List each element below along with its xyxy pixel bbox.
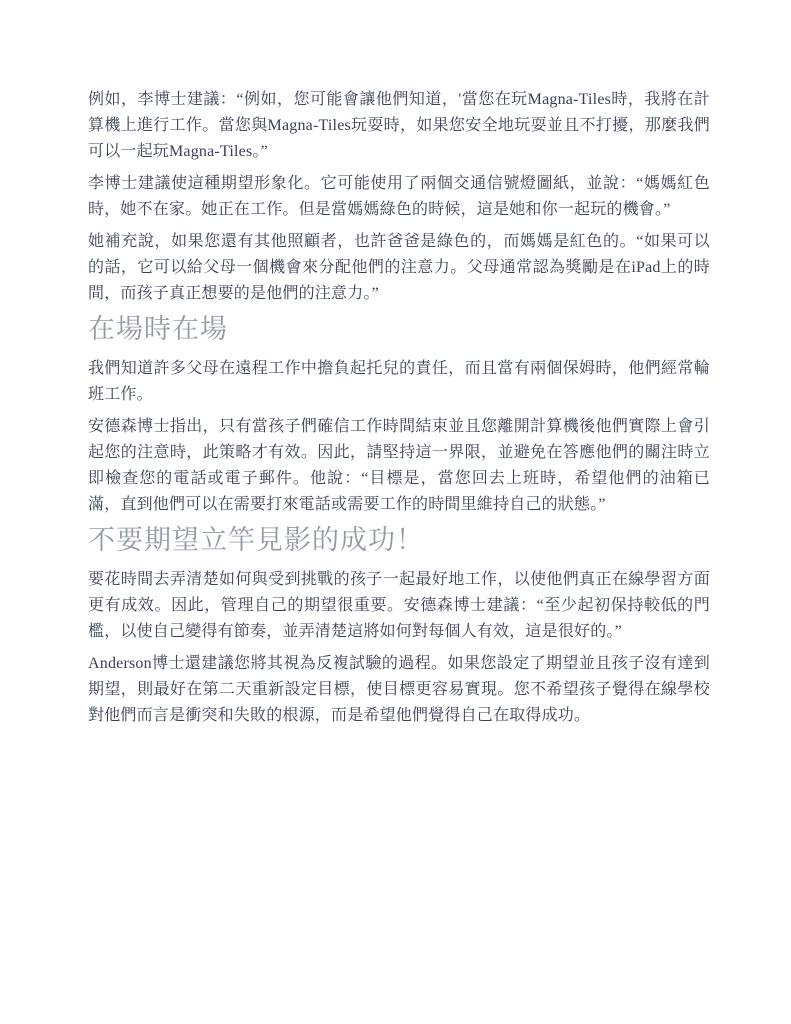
- section-heading-no-instant-success: 不要期望立竿見影的成功！: [88, 524, 710, 557]
- paragraph-traffic-light: 李博士建議使這種期望形象化。它可能使用了兩個交通信號燈圖紙，並說：“媽媽紅色時，…: [88, 171, 710, 223]
- paragraph-other-caregiver: 她補充說，如果您還有其他照顧者，也許爸爸是綠色的，而媽媽是紅色的。“如果可以的話…: [88, 229, 710, 307]
- section-heading-be-present: 在場時在場: [88, 313, 710, 346]
- paragraph-example-quote: 例如，李博士建議：“例如，您可能會讓他們知道，'當您在玩Magna-Tiles時…: [88, 87, 710, 165]
- paragraph-trial-and-error: Anderson博士還建議您將其視為反複試驗的過程。如果您設定了期望並且孩子沒有…: [88, 651, 710, 729]
- paragraph-manage-expectations: 要花時間去弄清楚如何與受到挑戰的孩子一起最好地工作，以使他們真正在線學習方面更有…: [88, 567, 710, 645]
- article-body: 例如，李博士建議：“例如，您可能會讓他們知道，'當您在玩Magna-Tiles時…: [88, 87, 710, 729]
- paragraph-shift-work: 我們知道許多父母在遠程工作中擔負起托兒的責任，而且當有兩個保姆時，他們經常輪班工…: [88, 356, 710, 408]
- document-page: 例如，李博士建議：“例如，您可能會讓他們知道，'當您在玩Magna-Tiles時…: [0, 0, 791, 1024]
- paragraph-anderson-boundary: 安德森博士指出，只有當孩子們確信工作時間結束並且您離開計算機後他們實際上會引起您…: [88, 414, 710, 518]
